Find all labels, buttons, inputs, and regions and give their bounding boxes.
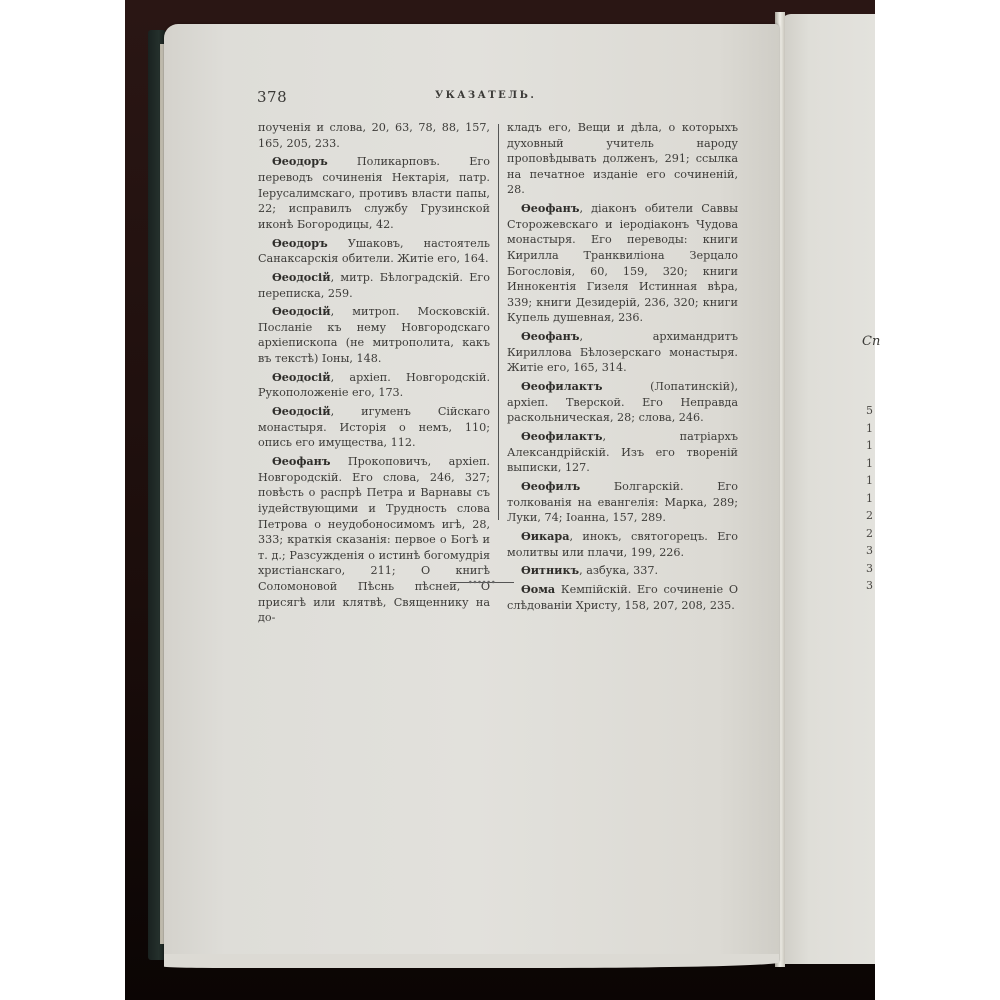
entry-headword: Өеофилактъ	[521, 379, 602, 393]
index-entry: Өома Кемпійскій. Его сочиненіе О слѣдова…	[507, 582, 738, 613]
entry-headword: Өеофилактъ	[521, 429, 602, 443]
index-entry: Өеофилъ Болгарскій. Его толкованія на ев…	[507, 479, 738, 526]
entry-headword: Өеодосій	[272, 304, 331, 318]
index-column-left: поученія и слова, 20, 63, 78, 88, 157, 1…	[258, 120, 490, 629]
entry-text: , діаконъ обители Саввы Сторожевскаго и …	[507, 202, 738, 324]
entry-text: поученія и слова, 20, 63, 78, 88, 157, 1…	[258, 121, 490, 150]
index-entry: Өитникъ, азбука, 337.	[507, 563, 738, 579]
index-entry: Өеофанъ, архимандритъ Кириллова Бѣлозерс…	[507, 329, 738, 376]
index-entry: Өеофанъ Прокоповичъ, архіеп. Новгородскі…	[258, 454, 490, 626]
facing-page-number-fragments: 51111122333	[866, 402, 873, 595]
entry-headword: Өеофилъ	[521, 479, 580, 493]
index-entry: Өеодосій, архіеп. Новгородскій. Рукополо…	[258, 370, 490, 401]
index-entry: Өеодосій, игуменъ Сійскаго монастыря. Ис…	[258, 404, 490, 451]
running-header: 378 УКАЗАТЕЛЬ.	[257, 88, 737, 112]
facing-page-number: 2	[866, 507, 873, 525]
entry-headword: Өеодоръ	[272, 236, 328, 250]
entry-headword: Өеодоръ	[272, 154, 328, 168]
index-entry: Өеодосій, митр. Бѣлоградскій. Его перепи…	[258, 270, 490, 301]
index-entry: Өеодоръ Ушаковъ, настоятель Санаксарскія…	[258, 236, 490, 267]
entry-headword: Өеофанъ	[272, 454, 330, 468]
index-entry: Өеофилактъ (Лопатинскій), архіеп. Тверск…	[507, 379, 738, 426]
index-entry: Өеофилактъ, патріархъ Александрійскій. И…	[507, 429, 738, 476]
facing-page-number: 3	[866, 577, 873, 595]
facing-page-number: 1	[866, 420, 873, 438]
index-entry: Өеодосій, митроп. Московскій. Посланіе к…	[258, 304, 490, 366]
index-entry: Өикара, инокъ, святогорецъ. Его молитвы …	[507, 529, 738, 560]
running-head-title: УКАЗАТЕЛЬ.	[435, 90, 536, 101]
entry-text: кладъ его, Вещи и дѣла, о которыхъ духов…	[507, 121, 738, 196]
facing-page-number: 1	[866, 455, 873, 473]
entry-headword: Өеофанъ	[521, 329, 579, 343]
index-entry: Өеодоръ Поликарповъ. Его переводъ сочине…	[258, 154, 490, 232]
ornament-beads	[468, 579, 496, 585]
entry-headword: Өеодосій	[272, 404, 331, 418]
column-divider	[498, 124, 499, 520]
facing-page-number: 3	[866, 542, 873, 560]
index-entry: поученія и слова, 20, 63, 78, 88, 157, 1…	[258, 120, 490, 151]
entry-headword: Өеофанъ	[521, 201, 579, 215]
entry-text: , азбука, 337.	[579, 564, 658, 577]
facing-page	[781, 14, 875, 964]
page-number: 378	[257, 88, 287, 106]
index-entry: кладъ его, Вещи и дѣла, о которыхъ духов…	[507, 120, 738, 198]
index-entry: Өеофанъ, діаконъ обители Саввы Сторожевс…	[507, 201, 738, 326]
entry-headword: Өеодосій	[272, 270, 331, 284]
facing-page-number: 2	[866, 525, 873, 543]
end-ornament	[450, 580, 514, 586]
facing-page-number: 3	[866, 560, 873, 578]
entry-headword: Өеодосій	[272, 370, 331, 384]
entry-headword: Өитникъ	[521, 563, 579, 577]
facing-page-number: 1	[866, 490, 873, 508]
entry-text: Прокоповичъ, архіеп. Новгородскій. Его с…	[258, 455, 490, 624]
facing-page-number: 5	[866, 402, 873, 420]
facing-page-number: 1	[866, 472, 873, 490]
entry-headword: Өома	[521, 582, 555, 596]
facing-page-number: 1	[866, 437, 873, 455]
index-column-right: кладъ его, Вещи и дѣла, о которыхъ духов…	[507, 120, 738, 617]
photo-background: Сп 51111122333 378 УКАЗАТЕЛЬ. поученія и…	[0, 0, 1000, 1000]
entry-headword: Өикара	[521, 529, 569, 543]
facing-page-heading-fragment: Сп	[862, 334, 880, 350]
